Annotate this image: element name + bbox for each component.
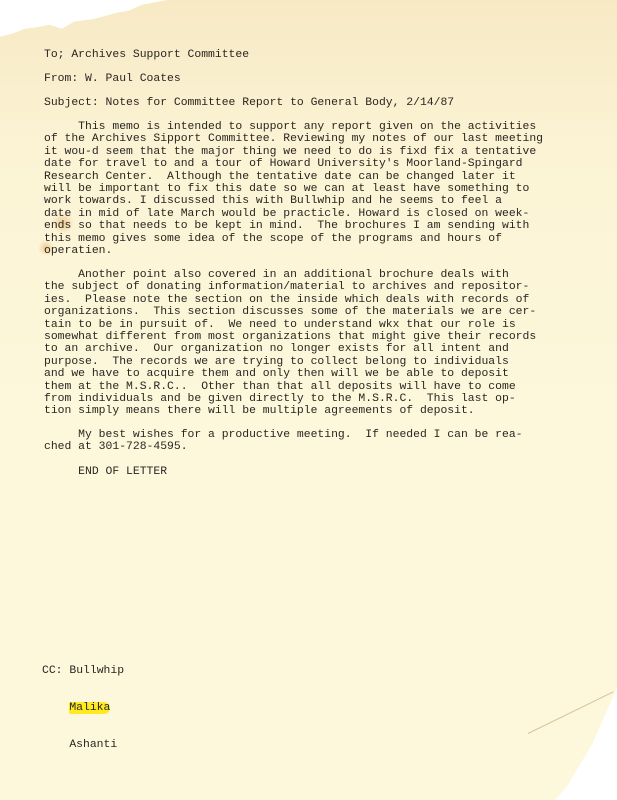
memo-paragraph-3: My best wishes for a productive meeting.… [44,429,523,454]
memo-line: the subject of donating information/mate… [44,281,536,293]
cc-recipient: Ashanti [69,739,117,751]
memo-line: purpose. The records we are trying to co… [44,356,536,368]
memo-paragraph-2: Another point also covered in an additio… [44,269,536,418]
memo-line: somewhat different from most organizatio… [44,331,536,343]
memo-line: date for travel to and a tour of Howard … [44,158,543,170]
memo-line: tain to be in pursuit of. We need to und… [44,319,536,331]
memo-line: My best wishes for a productive meeting.… [44,429,523,441]
memo-line: will be important to fix this date so we… [44,183,543,195]
memo-line: work towards. I discussed this with Bull… [44,195,543,207]
cc-row: Malika [42,702,124,714]
subject-line: Subject: Notes for Committee Report to G… [44,97,454,109]
cc-label: CC: [42,665,63,677]
memo-line: date in mid of late March would be pract… [44,208,543,220]
cc-recipient: Bullwhip [69,665,124,677]
memo-line: ends so that needs to be kept in mind. T… [44,220,543,232]
paper-crease [528,691,614,734]
cc-row: Ashanti [42,739,124,751]
memo-line: ies. Please note the section on the insi… [44,294,536,306]
memo-line: This memo is intended to support any rep… [44,121,543,133]
from-line: From: W. Paul Coates [44,73,181,85]
memo-line: from individuals and be given directly t… [44,393,536,405]
memo-line: Research Center. Although the tentative … [44,171,543,183]
end-of-letter: END OF LETTER [44,466,167,478]
memo-line: this memo gives some idea of the scope o… [44,233,543,245]
memo-line: operatien. [44,245,543,257]
memo-paragraph-1: This memo is intended to support any rep… [44,121,543,257]
memo-line: to an archive. Our organization no longe… [44,343,536,355]
memo-line: organizations. This section discusses so… [44,306,536,318]
cc-recipient-highlighted: Malika [69,702,110,714]
memo-line: of the Archives Sipport Committee. Revie… [44,133,543,145]
cc-block: CC: Bullwhip Malika Ashanti [42,640,124,764]
memo-line: them at the M.S.R.C.. Other than that al… [44,381,536,393]
memo-line: ched at 301-728-4595. [44,441,523,453]
memo-line: tion simply means there will be multiple… [44,405,536,417]
memo-line: and we have to acquire them and only the… [44,368,536,380]
cc-row: CC: Bullwhip [42,665,124,677]
memo-line: Another point also covered in an additio… [44,269,536,281]
to-line: To; Archives Support Committee [44,49,249,61]
memo-line: it wou-d seem that the major thing we ne… [44,146,543,158]
